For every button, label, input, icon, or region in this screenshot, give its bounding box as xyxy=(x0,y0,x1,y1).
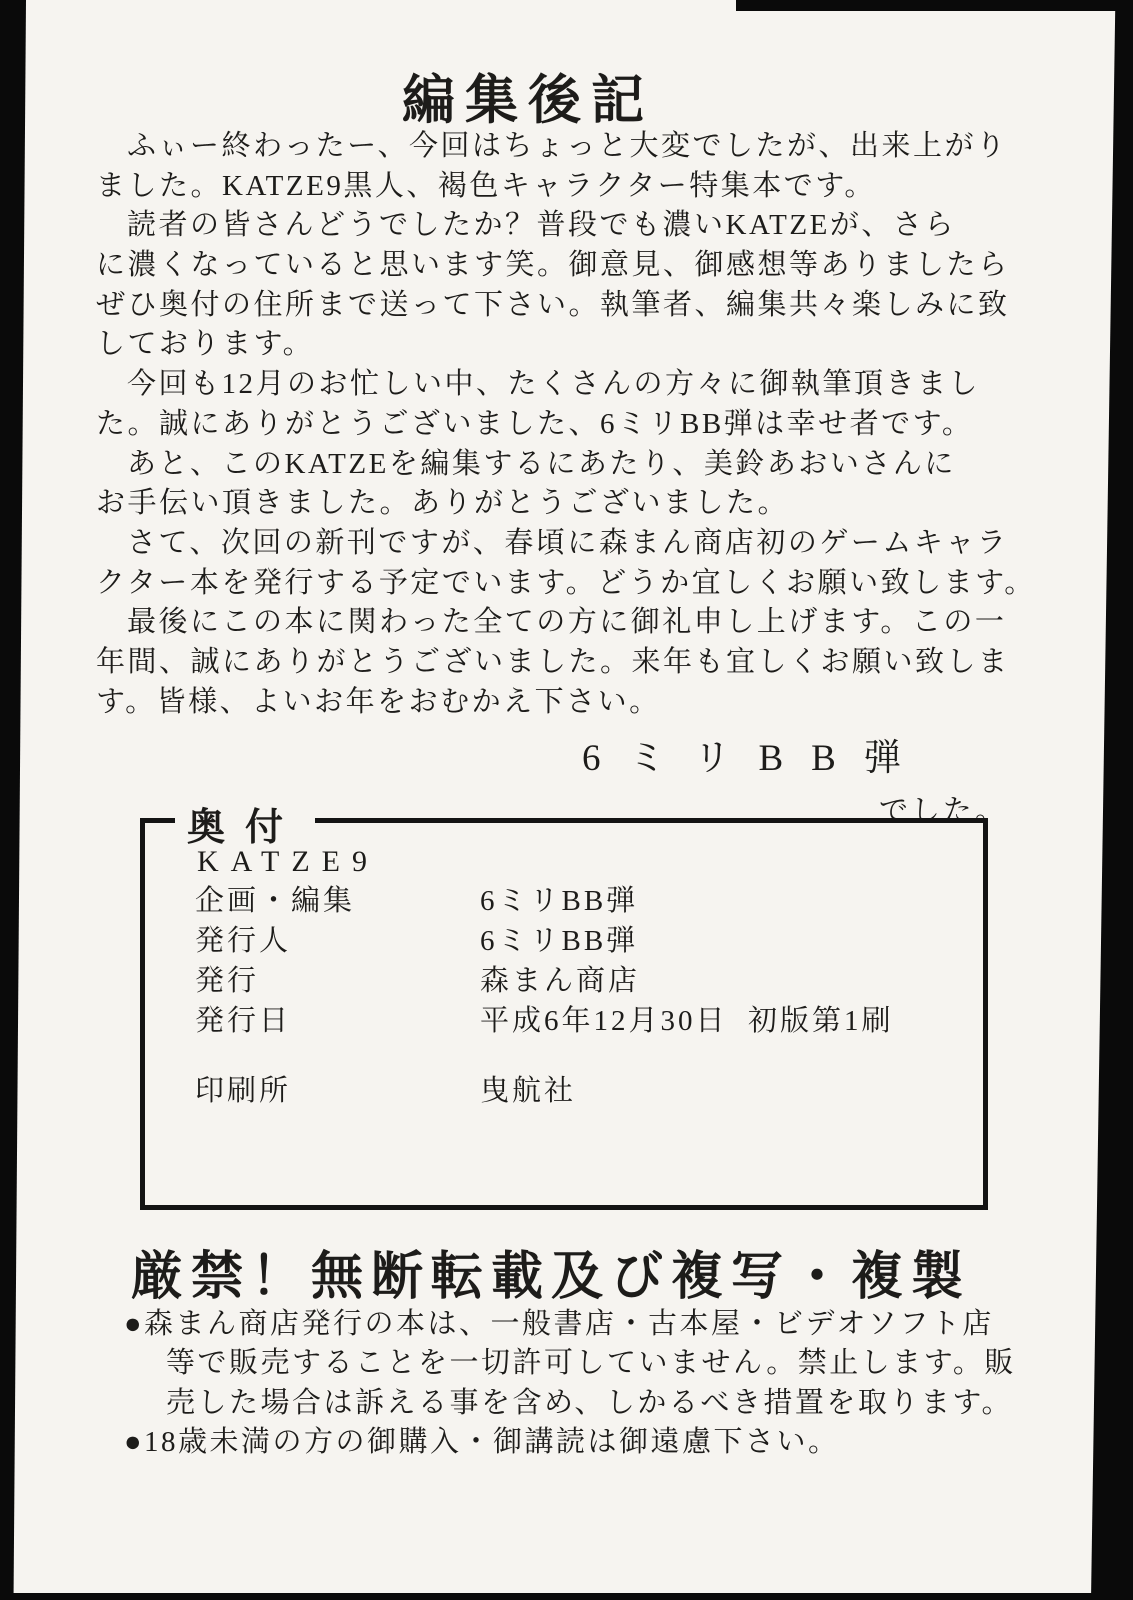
afterword-line: す。皆様、よいお年をおむかえ下さい。 xyxy=(96,683,1016,723)
afterword-line: 最後にこの本に関わった全ての方に御礼申し上げます。この一 xyxy=(96,603,1016,643)
colophon-row-label: 発行日 xyxy=(195,1001,291,1041)
afterword-line: ふぃー終わったー、今回はちょっと大変でしたが、出来上がり xyxy=(96,127,1016,167)
colophon-book-title: KATZE9 xyxy=(197,845,379,879)
afterword-line: 今回も12月のお忙しい中、たくさんの方々に御執筆頂きまし xyxy=(96,365,1016,405)
colophon-row: 企画・編集 6ミリBB弾 xyxy=(145,881,983,921)
page-title: 編集後記 xyxy=(402,58,654,134)
scan-edge-bottom xyxy=(0,1593,1133,1600)
colophon-row-value: 平成6年12月30日 初版第1刷 xyxy=(480,1001,894,1041)
colophon-row: 発行 森まん商店 xyxy=(145,961,983,1001)
warning-line: 売した場合は訴える事を含め、しかるべき措置を取ります。 xyxy=(124,1384,1044,1423)
colophon-heading: 奥付 xyxy=(175,796,315,851)
afterword-line: さて、次回の新刊ですが、春頃に森まん商店初のゲームキャラ xyxy=(96,524,1016,564)
warning-heading: 厳禁！無断転載及び複写・複製 xyxy=(131,1234,971,1309)
afterword-line: お手伝い頂きました。ありがとうございました。 xyxy=(96,484,1016,524)
colophon-rows: 企画・編集 6ミリBB弾 発行人 6ミリBB弾 発行 森まん商店 発行日 平成6… xyxy=(145,881,983,1111)
warning-line: 等で販売することを一切許可していません。禁止します。販 xyxy=(124,1344,1044,1383)
colophon-row: 発行人 6ミリBB弾 xyxy=(145,921,983,961)
colophon-row-value: 森まん商店 xyxy=(480,961,640,1001)
colophon-row: 印刷所 曳航社 xyxy=(145,1071,983,1111)
afterword-line: ました。KATZE9黒人、褐色キャラクター特集本です。 xyxy=(96,167,1016,207)
colophon-row-value: 6ミリBB弾 xyxy=(480,881,638,921)
colophon-row-label: 印刷所 xyxy=(195,1071,291,1111)
colophon-row-label: 発行人 xyxy=(195,921,291,961)
afterword-line: 年間、誠にありがとうございました。来年も宜しくお願い致しま xyxy=(96,643,1016,683)
colophon-row-value: 6ミリBB弾 xyxy=(480,921,638,961)
scan-edge-top-right xyxy=(736,0,1133,11)
colophon-box: 奥付 KATZE9 企画・編集 6ミリBB弾 発行人 6ミリBB弾 発行 森まん… xyxy=(140,818,988,1210)
colophon-row-label: 発行 xyxy=(195,961,259,1001)
afterword-text: ふぃー終わったー、今回はちょっと大変でしたが、出来上がりました。KATZE9黒人… xyxy=(96,127,1016,722)
afterword-line: 読者の皆さんどうでしたか？普段でも濃いKATZEが、さら xyxy=(96,206,1016,246)
afterword-line: クター本を発行する予定でいます。どうか宜しくお願い致します。 xyxy=(96,564,1016,604)
colophon-row-value: 曳航社 xyxy=(480,1071,576,1111)
warning-line: ●18歳未満の方の御購入・御講読は御遠慮下さい。 xyxy=(124,1423,1044,1462)
colophon-row-label: 企画・編集 xyxy=(195,881,355,921)
afterword-line: ぜひ奥付の住所まで送って下さい。執筆者、編集共々楽しみに致 xyxy=(96,286,1016,326)
warning-text: ●森まん商店発行の本は、一般書店・古本屋・ビデオソフト店等で販売することを一切許… xyxy=(124,1305,1044,1462)
warning-line: ●森まん商店発行の本は、一般書店・古本屋・ビデオソフト店 xyxy=(124,1305,1044,1344)
colophon-row: 発行日 平成6年12月30日 初版第1刷 xyxy=(145,1001,983,1041)
afterword-line: に濃くなっていると思います笑。御意見、御感想等ありましたら xyxy=(96,246,1016,286)
signature-name: 6ミリBB弾 xyxy=(582,727,929,781)
afterword-line: た。誠にありがとうございました、6ミリBB弾は幸せ者です。 xyxy=(96,405,1016,445)
afterword-line: しております。 xyxy=(96,325,1016,365)
afterword-line: あと、このKATZEを編集するにあたり、美鈴あおいさんに xyxy=(96,445,1016,485)
